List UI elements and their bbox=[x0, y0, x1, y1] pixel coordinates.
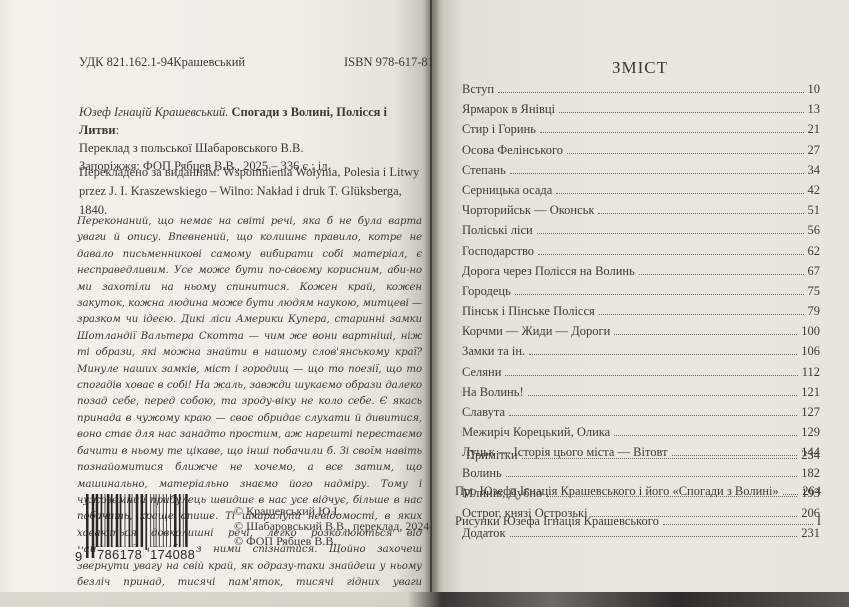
toc-entry: Вступ10 bbox=[462, 82, 820, 102]
toc-entry-title: Замки та ін. bbox=[462, 344, 529, 359]
toc-entry-page-number: 129 bbox=[797, 425, 820, 440]
open-book-spread: УДК 821.162.1-94Крашевський ISBN 978-617… bbox=[0, 0, 849, 607]
toc-entry-page-number: 21 bbox=[804, 122, 821, 137]
dot-leader bbox=[639, 273, 804, 275]
book-spine bbox=[425, 0, 439, 600]
toc-entry-page-number: 42 bbox=[804, 183, 821, 198]
toc-entry-title: Стир і Горинь bbox=[462, 122, 540, 137]
dot-leader bbox=[567, 152, 803, 154]
toc-entry-page-number: 56 bbox=[804, 223, 821, 238]
dot-leader bbox=[522, 457, 798, 459]
dot-leader bbox=[538, 253, 803, 255]
copyright-notices: © Крашевський Ю.І. © Шабаровський В.В., … bbox=[234, 504, 434, 549]
toc-entry: Селяни112 bbox=[462, 365, 820, 385]
toc-entry-title: Осова Фелінського bbox=[462, 143, 567, 158]
table-surface bbox=[0, 592, 849, 607]
toc-entry-title: Ярмарок в Янівці bbox=[462, 102, 559, 117]
toc-entry-title: Дорога через Полісся на Волинь bbox=[462, 264, 639, 279]
dot-leader bbox=[506, 475, 798, 477]
toc-entry-title: Про Юзефа Ігнація Крашевського і його «С… bbox=[455, 484, 783, 499]
barcode-group-2: 174088 bbox=[149, 547, 196, 562]
toc-entry: Примітки234 bbox=[466, 448, 820, 468]
toc-entry-page-number: 100 bbox=[797, 324, 820, 339]
dot-leader bbox=[599, 313, 804, 315]
toc-entry-page-number: 67 bbox=[804, 264, 821, 279]
toc-entry-page-number: 127 bbox=[797, 405, 820, 420]
isbn-barcode: 9 786178 174088 bbox=[82, 494, 200, 570]
dot-leader bbox=[663, 523, 813, 525]
contents-heading: ЗМІСТ bbox=[580, 58, 700, 78]
toc-entry-title: Примітки bbox=[466, 448, 522, 463]
source-edition-line-1: Перекладено за виданням: Wspomnienia Woł… bbox=[79, 163, 429, 182]
table-of-contents: Вступ10Ярмарок в Янівці13Стир і Горинь21… bbox=[462, 82, 820, 546]
toc-entry: Осова Фелінського27 bbox=[462, 143, 820, 163]
title-colon: : bbox=[116, 123, 119, 137]
dot-leader bbox=[509, 414, 797, 416]
udk-code: УДК 821.162.1-94Крашевський bbox=[79, 55, 245, 70]
dot-leader bbox=[614, 333, 797, 335]
toc-entry-page-number: 121 bbox=[797, 385, 820, 400]
toc-entry: Межиріч Корецький, Олика129 bbox=[462, 425, 820, 445]
copyright-line: © Крашевський Ю.І. bbox=[234, 504, 434, 519]
toc-entry-title: Городець bbox=[462, 284, 515, 299]
barcode-group-1: 786178 bbox=[96, 547, 143, 562]
dot-leader bbox=[559, 111, 803, 113]
toc-entry: Рисунки Юзефа Ігнація КрашевськогоI bbox=[455, 514, 821, 534]
dot-leader bbox=[510, 172, 804, 174]
toc-entry: Стир і Горинь21 bbox=[462, 122, 820, 142]
toc-entry: Дорога через Полісся на Волинь67 bbox=[462, 264, 820, 284]
toc-entry: Про Юзефа Ігнація Крашевського і його «С… bbox=[455, 484, 821, 504]
dot-leader bbox=[783, 493, 799, 495]
toc-entry: Чорторийськ — Оконськ51 bbox=[462, 203, 820, 223]
dot-leader bbox=[505, 374, 797, 376]
toc-entry: Волинь182 bbox=[462, 466, 820, 486]
barcode-first-digit: 9 bbox=[74, 549, 84, 564]
toc-entry-title: Господарство bbox=[462, 244, 538, 259]
toc-entry-page-number: 75 bbox=[804, 284, 821, 299]
dot-leader bbox=[540, 131, 803, 133]
toc-entry-page-number: 106 bbox=[797, 344, 820, 359]
toc-entry: Серницька осада42 bbox=[462, 183, 820, 203]
toc-entry: Господарство62 bbox=[462, 244, 820, 264]
toc-entry-page-number: I bbox=[813, 514, 821, 529]
toc-entry: Замки та ін.106 bbox=[462, 344, 820, 364]
dot-leader bbox=[598, 212, 803, 214]
copyright-line: © Шабаровський В.В., переклад, 2024 bbox=[234, 519, 434, 534]
toc-entry-title: Чорторийськ — Оконськ bbox=[462, 203, 598, 218]
toc-entry-title: Рисунки Юзефа Ігнація Крашевського bbox=[455, 514, 663, 529]
author-name: Юзеф Ігнацій Крашевський. bbox=[79, 105, 228, 119]
toc-entry-page-number: 13 bbox=[804, 102, 821, 117]
toc-entry: Пінськ і Пінське Полісся79 bbox=[462, 304, 820, 324]
toc-entry-title: Поліські ліси bbox=[462, 223, 537, 238]
toc-entry-page-number: 27 bbox=[804, 143, 821, 158]
dot-leader bbox=[528, 394, 798, 396]
toc-entry-title: Селяни bbox=[462, 365, 505, 380]
toc-entry-title: Межиріч Корецький, Олика bbox=[462, 425, 614, 440]
toc-entry: Поліські ліси56 bbox=[462, 223, 820, 243]
toc-entry-page-number: 34 bbox=[804, 163, 821, 178]
toc-entry-page-number: 264 bbox=[798, 484, 821, 499]
toc-entry-page-number: 51 bbox=[804, 203, 821, 218]
toc-entry-title: Вступ bbox=[462, 82, 498, 97]
toc-entry-title: Серницька осада bbox=[462, 183, 556, 198]
toc-entry-page-number: 62 bbox=[804, 244, 821, 259]
dot-leader bbox=[498, 91, 803, 93]
toc-entry-page-number: 79 bbox=[804, 304, 821, 319]
dot-leader bbox=[614, 434, 797, 436]
copyright-line: © ФОП Рябцев В.В. bbox=[234, 534, 434, 549]
dot-leader bbox=[510, 535, 798, 537]
toc-entry-page-number: 112 bbox=[798, 365, 820, 380]
toc-entry-title: На Волинь! bbox=[462, 385, 528, 400]
translator-line: Переклад з польської Шабаровського В.В. bbox=[79, 139, 429, 157]
toc-entry-title: Степань bbox=[462, 163, 510, 178]
toc-entry-page-number: 10 bbox=[804, 82, 821, 97]
toc-entry: На Волинь!121 bbox=[462, 385, 820, 405]
toc-entry: Ярмарок в Янівці13 bbox=[462, 102, 820, 122]
toc-entry-title: Славута bbox=[462, 405, 509, 420]
toc-entry: Корчми — Жиди — Дороги100 bbox=[462, 324, 820, 344]
toc-entry-title: Пінськ і Пінське Полісся bbox=[462, 304, 599, 319]
toc-entry: Славута127 bbox=[462, 405, 820, 425]
dot-leader bbox=[529, 353, 797, 355]
source-edition: Перекладено за виданням: Wspomnienia Woł… bbox=[79, 163, 429, 220]
dot-leader bbox=[556, 192, 803, 194]
toc-entry-title: Корчми — Жиди — Дороги bbox=[462, 324, 614, 339]
toc-entry-page-number: 234 bbox=[797, 448, 820, 463]
dot-leader bbox=[515, 293, 804, 295]
left-page-imprint: УДК 821.162.1-94Крашевський ISBN 978-617… bbox=[0, 0, 430, 598]
dot-leader bbox=[537, 232, 804, 234]
toc-entry: Городець75 bbox=[462, 284, 820, 304]
toc-entry: Степань34 bbox=[462, 163, 820, 183]
